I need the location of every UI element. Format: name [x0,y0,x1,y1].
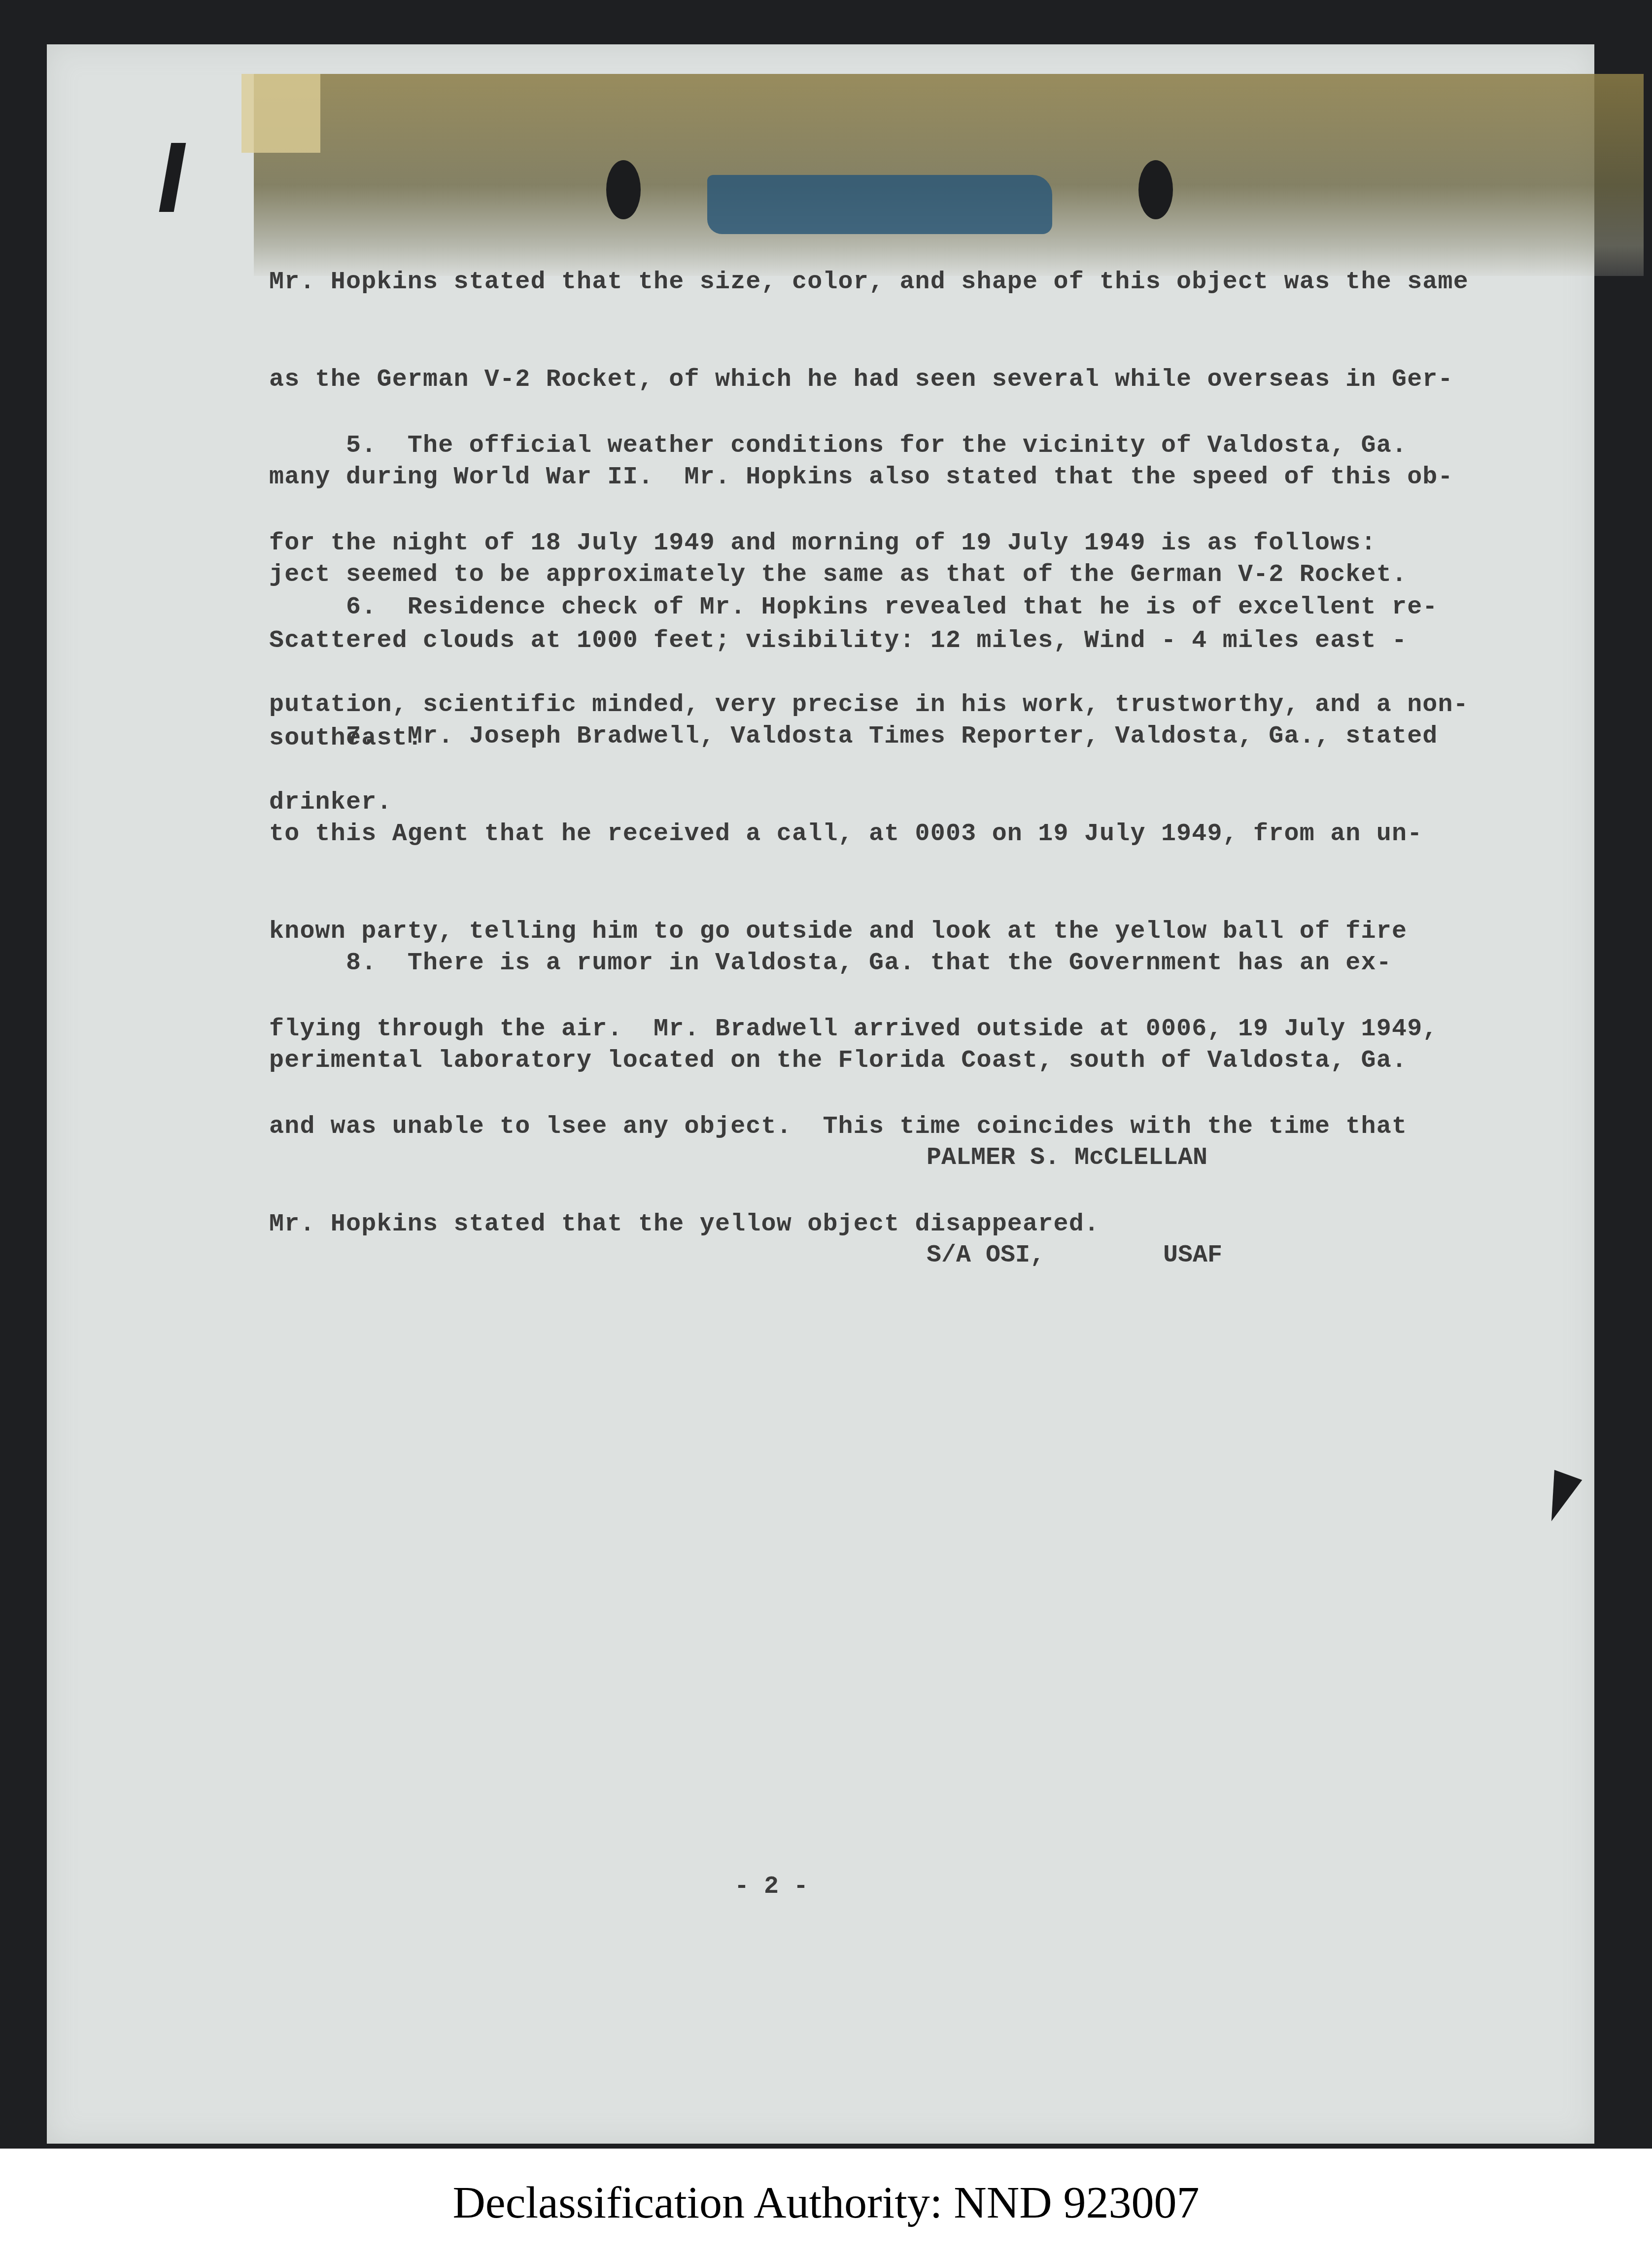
text-line: perimental laboratory located on the Flo… [269,1045,1511,1077]
text-line: to this Agent that he received a call, a… [269,818,1511,851]
text-line: 6. Residence check of Mr. Hopkins reveal… [269,591,1511,624]
page-number: - 2 - [734,1873,808,1901]
signature-title: S/A OSI, USAF [927,1239,1222,1272]
paper-tear-left [159,143,186,212]
text-line: 7. Mr. Joseph Bradwell, Valdosta Times R… [269,720,1511,753]
signature-name: PALMER S. McCLELLAN [927,1142,1222,1174]
signature-block: PALMER S. McCLELLAN S/A OSI, USAF [927,1077,1222,1304]
text-line: and was unable to lsee any object. This … [269,1111,1511,1143]
tape-fragment [241,74,320,153]
declassification-footer: Declassification Authority: NND 923007 [0,2149,1652,2256]
text-line: Mr. Hopkins stated that the size, color,… [269,266,1511,299]
text-line: 5. The official weather conditions for t… [269,430,1511,462]
paper-tear-right [1538,1470,1583,1526]
declassification-text: Declassification Authority: NND 923007 [452,2176,1199,2228]
text-line: 8. There is a rumor in Valdosta, Ga. tha… [269,947,1511,980]
text-line: Mr. Hopkins stated that the yellow objec… [269,1208,1511,1241]
paragraph-8: 8. There is a rumor in Valdosta, Ga. tha… [269,882,1511,1110]
